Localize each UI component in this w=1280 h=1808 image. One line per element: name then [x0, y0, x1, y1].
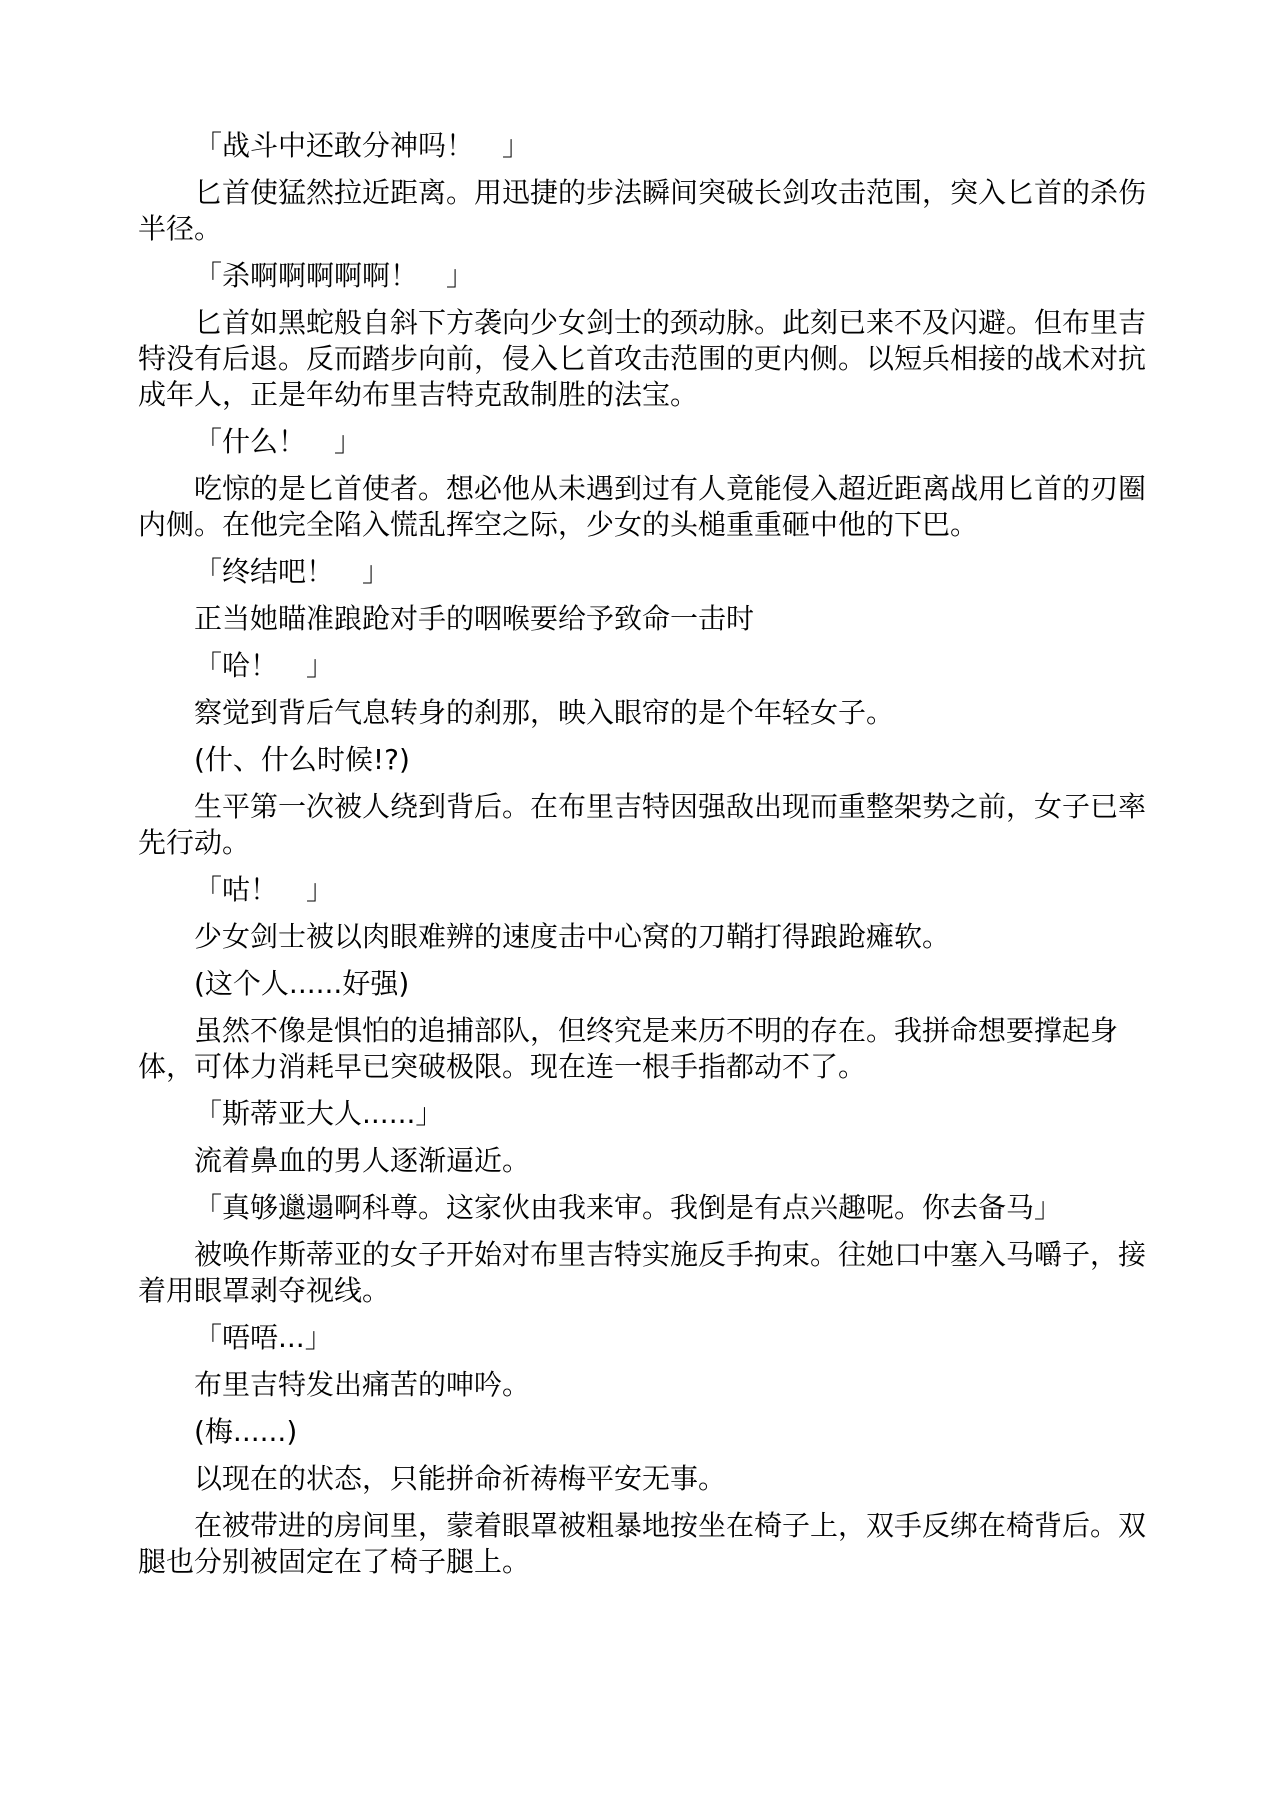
narration-paragraph: 正当她瞄准踉跄对手的咽喉要给予致命一击时: [138, 601, 1146, 637]
document-page: 「战斗中还敢分神吗！ 」 匕首使猛然拉近距离。用迅捷的步法瞬间突破长剑攻击范围，…: [0, 0, 1280, 1808]
dialogue-line: 「哈！ 」: [138, 648, 1146, 684]
narration-paragraph: 虽然不像是惧怕的追捕部队，但终究是来历不明的存在。我拼命想要撑起身体，可体力消耗…: [138, 1013, 1146, 1085]
narration-paragraph: 匕首使猛然拉近距离。用迅捷的步法瞬间突破长剑攻击范围，突入匕首的杀伤半径。: [138, 175, 1146, 247]
narration-paragraph: 流着鼻血的男人逐渐逼近。: [138, 1143, 1146, 1179]
dialogue-line: 「咕！ 」: [138, 872, 1146, 908]
dialogue-line: 「杀啊啊啊啊啊！ 」: [138, 258, 1146, 294]
narration-paragraph: 匕首如黑蛇般自斜下方袭向少女剑士的颈动脉。此刻已来不及闪避。但布里吉特没有后退。…: [138, 305, 1146, 413]
thought-line: (这个人......好强): [138, 966, 1146, 1002]
dialogue-line: 「终结吧！ 」: [138, 554, 1146, 590]
narration-paragraph: 被唤作斯蒂亚的女子开始对布里吉特实施反手拘束。往她口中塞入马嚼子，接着用眼罩剥夺…: [138, 1237, 1146, 1309]
dialogue-line: 「战斗中还敢分神吗！ 」: [138, 128, 1146, 164]
dialogue-line: 「斯蒂亚大人......」: [138, 1096, 1146, 1132]
dialogue-line: 「真够邋遢啊科尊。这家伙由我来审。我倒是有点兴趣呢。你去备马」: [138, 1190, 1146, 1226]
narration-paragraph: 布里吉特发出痛苦的呻吟。: [138, 1367, 1146, 1403]
narration-paragraph: 察觉到背后气息转身的刹那，映入眼帘的是个年轻女子。: [138, 695, 1146, 731]
thought-line: (什、什么时候!?): [138, 742, 1146, 778]
dialogue-line: 「什么！ 」: [138, 424, 1146, 460]
dialogue-line: 「唔唔...」: [138, 1320, 1146, 1356]
narration-paragraph: 吃惊的是匕首使者。想必他从未遇到过有人竟能侵入超近距离战用匕首的刃圈内侧。在他完…: [138, 471, 1146, 543]
narration-paragraph: 生平第一次被人绕到背后。在布里吉特因强敌出现而重整架势之前，女子已率先行动。: [138, 789, 1146, 861]
narration-paragraph: 在被带进的房间里，蒙着眼罩被粗暴地按坐在椅子上，双手反绑在椅背后。双腿也分别被固…: [138, 1508, 1146, 1580]
narration-paragraph: 少女剑士被以肉眼难辨的速度击中心窝的刀鞘打得踉跄瘫软。: [138, 919, 1146, 955]
narration-paragraph: 以现在的状态，只能拼命祈祷梅平安无事。: [138, 1461, 1146, 1497]
thought-line: (梅......): [138, 1414, 1146, 1450]
